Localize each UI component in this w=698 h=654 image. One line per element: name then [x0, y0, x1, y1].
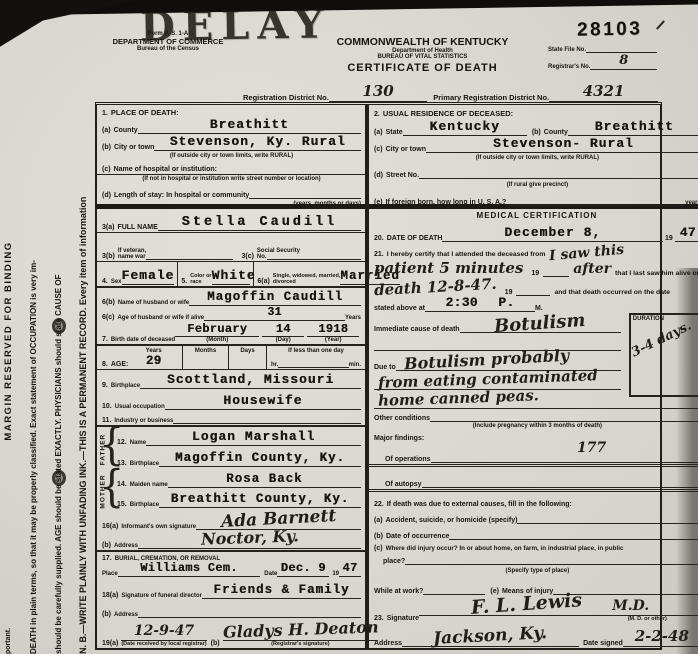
veteran-war-line — [146, 259, 234, 260]
funeral-director-address-label: Address — [114, 612, 138, 618]
margin-note-line2: should be carefully supplied. AGE should… — [54, 54, 63, 654]
city-label: City or town — [114, 144, 154, 151]
birth-date-row: 7. Birth date of deceased February (Mont… — [97, 322, 365, 344]
item-6a-num: 6(a) — [257, 278, 269, 285]
residence-city-value: Stevenson- Rural — [493, 136, 634, 151]
item-2a-num: (a) — [374, 129, 383, 136]
time-of-death-suffix: P. — [498, 295, 514, 310]
item-1a-num: (a) — [102, 127, 111, 134]
funeral-director-address-row: (b) Address — [97, 600, 365, 619]
color-race-value: White — [212, 268, 256, 283]
birth-year-value: 1918 — [307, 322, 359, 337]
birthplace-row: 9. Birthplace Scottland, Missouri — [97, 370, 365, 390]
burial-place-value: Williams Cem. — [140, 561, 238, 575]
item-8-num: 8. — [102, 361, 108, 368]
item-1d-num: (d) — [102, 192, 111, 199]
item-2e-num: (e) — [374, 199, 383, 206]
age-row: 8. AGE: Years 29 Months Days If less tha… — [97, 344, 365, 371]
mother-birthplace-value: Breathitt County, Ky. — [171, 492, 350, 506]
physician-address-row: Address Jackson, Ky. Date signed 2-2-48 — [369, 623, 698, 648]
item-7-num: 7. — [102, 336, 108, 343]
external-causes-label: If death was due to external causes, fil… — [387, 501, 572, 508]
injury-place-label: place? — [383, 558, 405, 565]
item-3a-num: 3(a) — [102, 224, 114, 231]
operations-label: Of operations — [385, 456, 431, 463]
physician-md-suffix: M.D. — [612, 598, 649, 614]
occupation-row: 10. Usual occupation Housewife — [97, 390, 365, 411]
item-22-num: 22. — [374, 501, 384, 508]
margin-binding-label: MARGIN RESERVED FOR BINDING — [3, 54, 14, 628]
accident-label: Accident, suicide, or homicide (specify) — [386, 517, 518, 524]
margin-portant: portant. — [5, 628, 12, 654]
physician-address-value: Jackson, Ky. — [433, 623, 548, 649]
time-of-death-value: 2:30 — [445, 295, 477, 310]
item-21-num: 21. — [374, 251, 384, 258]
duration-box: DURATION 3-4 days. — [629, 313, 698, 397]
street-no-line — [419, 178, 698, 179]
year-blank-1: 19 — [531, 270, 539, 277]
item-20-num: 20. — [374, 235, 384, 242]
right-column: 2. USUAL RESIDENCE OF DECEASED: (a) Stat… — [367, 105, 698, 648]
ssn-no-label: No. — [257, 254, 267, 260]
occupation-value: Housewife — [223, 393, 302, 408]
item-2c-num: (c) — [374, 146, 383, 153]
item-18a-num: 18(a) — [102, 592, 118, 599]
mother-maiden-row: 14. Maiden name Rosa Back — [97, 468, 365, 489]
burial-year-value: 47 — [342, 561, 357, 575]
hospital-label: Name of hospital or institution: — [114, 166, 217, 173]
residence-section: 2. USUAL RESIDENCE OF DECEASED: (a) Stat… — [369, 105, 698, 209]
age-hr-label: hr. — [271, 362, 278, 368]
street-no-label: Street No. — [386, 172, 419, 179]
registrar-signature-caption: (Registrar's signature) — [223, 641, 379, 647]
injury-location-rows: (c) Where did injury occur? In or about … — [369, 541, 698, 575]
birthplace-label: Birthplace — [111, 383, 140, 389]
birth-date-label: Birth date of deceased — [111, 337, 175, 343]
item-2-num: 2. — [374, 111, 380, 118]
date-of-death-label: DATE OF DEATH — [387, 235, 443, 242]
major-findings-label: Major findings: — [374, 435, 424, 442]
item-4-num: 4. — [102, 278, 108, 285]
injury-location-label: Where did injury occur? In or about home… — [386, 545, 624, 552]
dod-year-prefix: 19 — [665, 235, 673, 242]
bureau-vital-statistics: BUREAU OF VITAL STATISTICS — [315, 54, 530, 60]
city-note: (If outside city or town limits, write R… — [170, 153, 293, 159]
month-caption: (Month) — [175, 337, 259, 343]
occupation-label: Usual occupation — [115, 404, 165, 410]
due-to-value-3: home canned peas. — [378, 387, 539, 411]
full-name-value: Stella Caudill — [182, 215, 337, 230]
sex-label: Sex — [111, 279, 122, 285]
certify-text-4: stated above at — [374, 305, 425, 312]
funeral-director-value: Friends & Family — [214, 583, 350, 597]
informant-address-label: Address — [114, 543, 138, 549]
item-1b-num: (b) — [102, 144, 111, 151]
medical-certification-title: MEDICAL CERTIFICATION — [369, 209, 698, 222]
physician-signature-value: F. L. Lewis — [470, 589, 582, 619]
length-of-stay-line — [249, 198, 361, 199]
informant-address-row: (b) Address Noctor, Ky. — [97, 531, 365, 552]
age-years-value: 29 — [128, 354, 179, 368]
veteran-war-label: name war — [118, 254, 146, 260]
burial-date-value: Dec. 9 — [281, 561, 326, 575]
mother-brace: { — [99, 465, 124, 509]
father-name-label: Name — [130, 440, 146, 446]
foreign-born-line — [506, 205, 685, 206]
commonwealth-title: COMMONWEALTH OF KENTUCKY — [315, 36, 530, 48]
industry-line — [173, 423, 361, 424]
spouse-age-row: 6(c) Age of husband or wife if alive 31 … — [97, 307, 365, 322]
physician-address-label: Address — [374, 640, 402, 647]
mother-birthplace-label: Birthplace — [130, 502, 159, 508]
date-of-death-value: December 8, — [504, 225, 601, 240]
file-number-block: State File No. Registrar's No. 8 — [543, 38, 661, 71]
state-file-label: State File No. — [548, 47, 586, 53]
spouse-name-label: Name of husband or wife — [118, 300, 189, 306]
age-min-label: min. — [349, 362, 361, 368]
operations-value: 177 — [577, 440, 606, 456]
burial-year-prefix: 19 — [332, 571, 339, 577]
residence-state-label: State — [386, 129, 403, 136]
occurrence-date-label: Date of occurrence — [386, 533, 449, 540]
hw-certify-2a: patient 5 minutes — [374, 259, 523, 277]
district-label: Registration District No. — [243, 93, 329, 102]
accident-row: (a) Accident, suicide, or homicide (spec… — [369, 509, 698, 526]
funeral-director-address-line — [138, 617, 361, 618]
item-6c-num: 6(c) — [102, 314, 114, 321]
sex-color-marital-row: 4. Sex Female 5. Color or race White 6(a… — [97, 262, 365, 288]
other-conditions-line — [430, 421, 698, 422]
birth-month-value: February — [175, 322, 259, 337]
city-value: Stevenson, Ky. Rural — [170, 134, 346, 149]
ssn-line — [267, 259, 361, 260]
autopsy-line — [422, 487, 698, 488]
place-of-death-section: 1. PLACE OF DEATH: (a) County Breathitt … — [97, 105, 365, 209]
residence-city-note: (If outside city or town limits, write R… — [476, 155, 599, 161]
foreign-born-suffix: years — [685, 200, 698, 206]
item-1-num: 1. — [102, 110, 108, 117]
autopsy-label: Of autopsy — [385, 481, 422, 488]
length-of-stay-note: (years, months or days) — [293, 201, 361, 207]
certification-statement: 21. I hereby certify that I attended the… — [369, 243, 698, 313]
primary-district-label: Primary Registration District No. — [433, 93, 549, 102]
certificate-title: CERTIFICATE OF DEATH — [315, 62, 530, 74]
item-1c-num: (c) — [102, 166, 111, 173]
hw-certify-2b: after — [573, 261, 611, 277]
burial-section: 17. BURIAL, CREMATION, OR REMOVAL Place … — [97, 552, 365, 578]
item-6b-num: 6(b) — [102, 299, 115, 306]
age-hr-line — [278, 367, 348, 368]
physician-signature-label: Signature — [387, 615, 419, 622]
date-signed-label: Date signed — [583, 640, 623, 647]
full-name-row: 3(a) FULL NAME Stella Caudill — [97, 209, 365, 233]
district-value: 130 — [362, 82, 393, 100]
funeral-director-label: Signature of funeral director — [121, 593, 202, 599]
item-19a-num: 19(a) — [102, 640, 118, 647]
item-5-num: 5. — [181, 278, 187, 285]
age-days-label: Days — [229, 348, 266, 354]
funeral-director-row: 18(a) Signature of funeral director Frie… — [97, 578, 365, 600]
physician-signature-caption: (M. D. or other) — [419, 616, 698, 622]
sex-value: Female — [122, 268, 175, 283]
burial-date-label: Date — [264, 571, 277, 577]
margin-note-line1: N. B.—WRITE PLAINLY WITH UNFADING INK.—T… — [78, 54, 88, 654]
street-no-note: (If rural give precinct) — [507, 182, 568, 188]
major-findings-row: Major findings: — [369, 430, 698, 443]
registration-district-line: Registration District No. 130 Primary Re… — [238, 82, 662, 103]
other-conditions-row: Other conditions (Include pregnancy with… — [369, 410, 698, 430]
full-name-label: FULL NAME — [117, 224, 157, 231]
delay-stamp: DELAY — [140, 0, 332, 50]
registrar-signature: Gladys H. Deaton — [222, 617, 378, 641]
injury-place-line — [405, 564, 698, 565]
certify-text-1: I hereby certify that I attended the dec… — [387, 251, 546, 258]
industry-row: 11. Industry or business — [97, 411, 365, 428]
mother-maiden-value: Rosa Back — [226, 472, 303, 486]
item-10-num: 10. — [102, 403, 112, 410]
while-at-work-label: While at work? — [374, 588, 423, 595]
certificate-header: COMMONWEALTH OF KENTUCKY Department of H… — [315, 36, 530, 74]
item-22c-num: (c) — [374, 545, 383, 552]
item-17-num: 17. — [102, 555, 112, 562]
registrar-no-value: 8 — [619, 53, 628, 68]
mother-maiden-label: Maiden name — [130, 482, 168, 488]
external-causes-row: 22. If death was due to external causes,… — [369, 492, 698, 509]
registrar-row: 19(a) 12-9-47 (Date received by local re… — [97, 619, 365, 648]
marital-label2: divorced — [273, 279, 341, 285]
day-caption: (Day) — [262, 337, 304, 343]
father-birthplace-row: 13. Birthplace Magoffin County, Ky. — [97, 447, 365, 468]
date-of-death-row: 20. DATE OF DEATH December 8, 19 47 — [369, 222, 698, 244]
stray-pen-mark — [656, 20, 665, 30]
injury-place-note: (Specify type of place) — [506, 568, 570, 574]
informant-address-value: Noctor, Ky. — [200, 527, 298, 549]
immediate-cause-section: DURATION 3-4 days. Immediate cause of de… — [369, 313, 698, 352]
county-value: Breathitt — [210, 117, 289, 132]
other-conditions-label: Other conditions — [374, 415, 430, 422]
length-of-stay-label: Length of stay: In hospital or community — [114, 192, 249, 199]
father-name-value: Logan Marshall — [192, 429, 315, 444]
occurrence-date-line — [449, 539, 698, 540]
physician-signature-row: 23. Signature F. L. Lewis M.D. (M. D. or… — [369, 596, 698, 623]
county-label: County — [114, 127, 138, 134]
margin-note-line3: DEATH in plain terms, so that it may be … — [29, 54, 38, 654]
item-16b-num: (b) — [102, 542, 111, 549]
birthplace-value: Scottland, Missouri — [167, 372, 334, 387]
item-2d-num: (d) — [374, 172, 383, 179]
spouse-age-value: 31 — [267, 306, 281, 319]
item-18b-num: (b) — [102, 611, 111, 618]
spouse-age-label: Age of husband or wife if alive — [117, 315, 204, 321]
date-signed-value: 2-2-48 — [635, 627, 689, 645]
veteran-ssn-row: 3(b) If veteran, name war 3(c) Social Se… — [97, 233, 365, 262]
primary-district-value: 4321 — [583, 82, 625, 100]
immediate-cause-label: Immediate cause of death — [374, 326, 460, 333]
item-3c-num: 3(c) — [241, 253, 253, 260]
other-conditions-note: (Include pregnancy within 3 months of de… — [473, 423, 602, 429]
duration-value: 3-4 days. — [629, 319, 694, 361]
father-birthplace-value: Magoffin County, Ky. — [175, 451, 345, 465]
age-months-label: Months — [183, 348, 228, 354]
item-9-num: 9. — [102, 382, 108, 389]
binding-margin-text: portant. MARGIN RESERVED FOR BINDING DEA… — [3, 54, 88, 654]
father-birthplace-label: Birthplace — [130, 461, 159, 467]
residence-state-value: Kentucky — [430, 119, 500, 134]
residence-county-value: Breathitt — [595, 119, 674, 134]
item-22b-num: (b) — [374, 533, 383, 540]
accident-line — [517, 523, 698, 524]
birth-day-value: 14 — [262, 322, 304, 337]
dod-year-value: 47 — [680, 225, 696, 240]
occurrence-date-row: (b) Date of occurrence — [369, 525, 698, 541]
death-certificate-scan: portant. MARGIN RESERVED FOR BINDING DEA… — [0, 0, 698, 654]
autopsy-row: Of autopsy — [369, 467, 698, 493]
item-22a-num: (a) — [374, 517, 383, 524]
item-16a-num: 16(a) — [102, 523, 118, 530]
item-19b-num: (b) — [211, 640, 220, 647]
left-column: 1. PLACE OF DEATH: (a) County Breathitt … — [97, 105, 367, 648]
certify-text-2: that I last saw him alive on — [615, 270, 698, 277]
burial-place-label: Place — [102, 571, 118, 577]
age-label: AGE: — [111, 361, 129, 368]
father-brace: { — [99, 423, 124, 467]
certificate-body: 1. PLACE OF DEATH: (a) County Breathitt … — [95, 102, 662, 650]
residence-city-label: City or town — [386, 146, 426, 153]
father-name-row: 12. Name Logan Marshall — [97, 427, 365, 447]
operations-row: Of operations 177 — [369, 443, 698, 467]
foreign-born-label: If foreign born, how long in U. S. A.? — [386, 199, 507, 206]
item-3b-num: 3(b) — [102, 253, 115, 260]
spouse-age-suffix: Years — [345, 315, 361, 321]
year-caption: (Year) — [307, 337, 359, 343]
hospital-note: (If not in hospital or institution write… — [142, 176, 320, 182]
certify-text-3: and that death occurred on the date — [554, 289, 670, 296]
registrar-no-label: Registrar's No. — [548, 64, 590, 70]
color-race-label2: race — [190, 279, 211, 285]
registrar-received-date: 12-9-47 — [134, 623, 194, 639]
registrar-date-caption: (Date received by local registrar) — [121, 641, 206, 647]
